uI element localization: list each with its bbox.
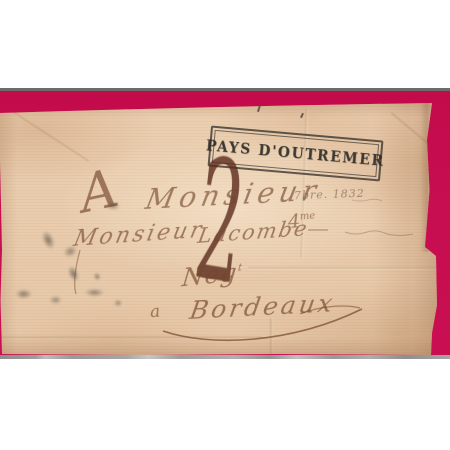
photo-bottom-border-rule	[0, 355, 450, 359]
stray-ink-tick	[300, 113, 304, 118]
horizontal-fold-crease	[248, 267, 438, 270]
folded-letter-cover: PAYS D'OUTREMER 2 A Monsieur 7bre. 1832 …	[0, 100, 438, 355]
addressee-number-suffix: me	[299, 211, 315, 223]
horizontal-crease-bottom	[0, 336, 262, 338]
profession-abbrev-text: Neg	[181, 257, 239, 292]
city-prefix: a	[149, 302, 161, 323]
docket-date: 7bre. 1832	[294, 187, 365, 202]
smudged-transit-postmark	[6, 282, 124, 312]
diagonal-crease-top-left	[11, 110, 89, 162]
addressee-number: 4me	[287, 209, 316, 233]
salutation-initial: A	[74, 159, 123, 225]
vertical-crease-lower	[270, 318, 273, 355]
